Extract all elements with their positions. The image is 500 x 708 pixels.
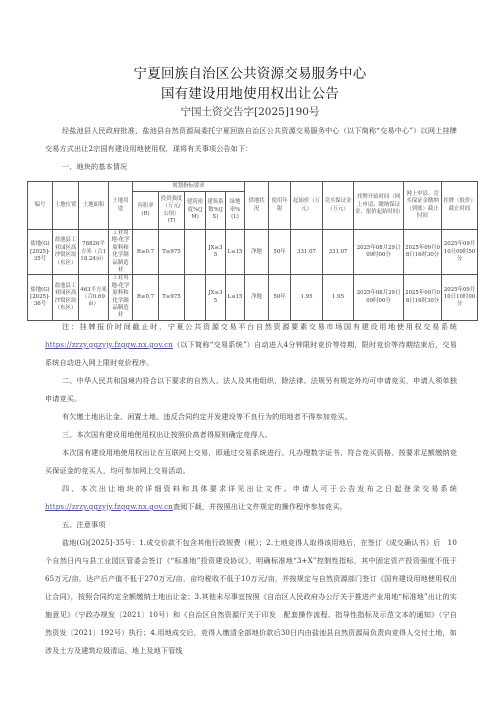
issuer-title: 宁夏回族自治区公共资源交易服务中心 [0,62,500,82]
cell-term: 50年 [269,275,291,320]
col-listing-start-header: 挂牌开始时间（网上申请、缴纳保证金、报价起始时间） [354,182,404,230]
cell-supply: 净地 [245,230,269,275]
section1-heading: 一、地块的基本情况 [45,158,457,176]
col-location-header: 土地位置 [53,182,79,230]
col-start-price-header: 起始价（万元） [291,182,323,230]
section5-heading: 五、注意事项 [45,516,457,534]
cell-coefficient: JX≥35 [206,275,226,320]
cell-supply: 净地 [245,275,269,320]
section2-restriction: 有欠缴土地出让金、闲置土地、违反合同约定开发建设等不良行为的用地者不得参加竞买。 [45,408,457,426]
note-paragraph: 注：挂牌报价时间截止时，宁夏公共资源交易平台自然资源要素交易市场国有建设用地使用… [45,318,457,372]
cell-density [185,275,206,320]
col-use-header: 土地用途 [109,182,133,230]
cell-deposit: 331.07 [323,230,354,275]
cell-investment: T≥975 [159,230,185,275]
cell-green: L≤15 [226,275,245,320]
cell-use: 工业用地-化学原料和化学制品制造业 [109,275,133,320]
cell-deposit-deadline: 2025年09月08日16时30分 [404,230,442,275]
planning-indicators-header: 规划指标要求 [133,182,245,192]
section3-heading-paragraph: 三、本次国有建设用地使用权出让按照价高者得原则确定竞得人。 [45,426,457,444]
trading-system-link[interactable]: https://zrzy.ggzyjy.fzggw.nx.gov.cn [45,340,173,349]
section4-text-prefix: 四、本次出让地块的详细资料和具体要求详见出让文件。申请人可于公告发布之日起登录交… [62,484,457,493]
col-green-header: 绿地率%(L) [226,192,245,230]
cell-far: R≥0.7 [133,230,159,275]
cell-id: 盐地(G)[2025]-36号 [28,275,53,320]
note-text-prefix: 注：挂牌报价时间截止时，宁夏公共资源交易平台自然资源要素交易市场国有建设用地使用… [62,322,457,331]
cell-term: 50年 [269,230,291,275]
col-area-header: 土地面积 [79,182,109,230]
document-number: 宁国土资交告字[2025]190号 [0,104,500,119]
cell-listing-end: 2025年09月10日10时00分 [442,275,478,320]
section5-paragraph: 盐地(G)[2025]-35号：1.成交价款不包含其他行政规费（税）；2.土地竞… [45,534,457,660]
cell-area: 78826平方米（合118.24亩） [79,230,109,275]
cell-investment: T≥975 [159,275,185,320]
col-coefficient-header: 建筑系数%(JX) [206,192,226,230]
col-investment-header: 投资强度（万元/公顷）(T) [159,192,185,230]
col-deposit-header: 竞买保证金（万元） [323,182,354,230]
cell-far: R≥0.7 [133,275,159,320]
col-far-header: 容积率(R) [133,192,159,230]
section2-paragraph: 二、中华人民共和国境内符合以下要求的自然人、法人及其他组织，除法律、法规另有规定… [45,372,457,408]
cell-start-price: 1.95 [291,275,323,320]
col-id-header: 编号 [28,182,53,230]
cell-area: 463平方米（合0.69亩） [79,275,109,320]
section3-paragraph: 本次国有建设用地使用权出让在互联网上交易，即通过交易系统进行。凡办理数字证书、符… [45,444,457,480]
land-parcel-table: 编号 土地位置 土地面积 土地用途 规划指标要求 供地状况 使用年限 起始价（万… [27,181,478,321]
cell-listing-start: 2025年08月29日09时00分 [354,230,404,275]
cell-listing-end: 2025年09月10日09时50分 [442,230,478,275]
cell-deposit: 1.95 [323,275,354,320]
col-listing-end-header: 挂牌（报价）截止时间 [442,182,478,230]
cell-green: L≤15 [226,230,245,275]
col-supply-header: 供地状况 [245,182,269,230]
cell-density [185,230,206,275]
cell-id: 盐地(G)[2025]-35号 [28,230,53,275]
section4-paragraph: 四、本次出让地块的详细资料和具体要求详见出让文件。申请人可于公告发布之日起登录交… [45,480,457,516]
cell-location: 盐池县工业园区高沙窝区块（东区） [53,275,79,320]
cell-deposit-deadline: 2025年09月08日16时30分 [404,275,442,320]
announcement-title: 国有建设用地使用权出让公告 [0,82,500,102]
col-density-header: 建筑密度%(JM) [185,192,206,230]
cell-start-price: 331.07 [291,230,323,275]
cell-use: 工业用地-化学原料和化学制品制造业 [109,230,133,275]
section4-text-suffix: 查阅下载，并按照出让文件规定的操作程序参加竞买。 [173,502,347,511]
intro-paragraph: 经盐池县人民政府批准，盐池县自然资源局委托宁夏回族自治区公共资源交易服务中心（以… [45,122,457,158]
col-term-header: 使用年限 [269,182,291,230]
cell-coefficient: JX≥35 [206,230,226,275]
cell-listing-start: 2025年08月29日09时00分 [354,275,404,320]
col-deposit-deadline-header: 网上申请、竞买保证金缴纳（到账）截止时间 [404,182,442,230]
cell-location: 盐池县工业园区高沙窝区块（东区） [53,230,79,275]
table-row: 盐地(G)[2025]-36号 盐池县工业园区高沙窝区块（东区） 463平方米（… [28,275,478,320]
table-row: 盐地(G)[2025]-35号 盐池县工业园区高沙窝区块（东区） 78826平方… [28,230,478,275]
download-link[interactable]: https://zrzy.ggzyjy.fzggw.nx.gov.cn [45,502,173,511]
